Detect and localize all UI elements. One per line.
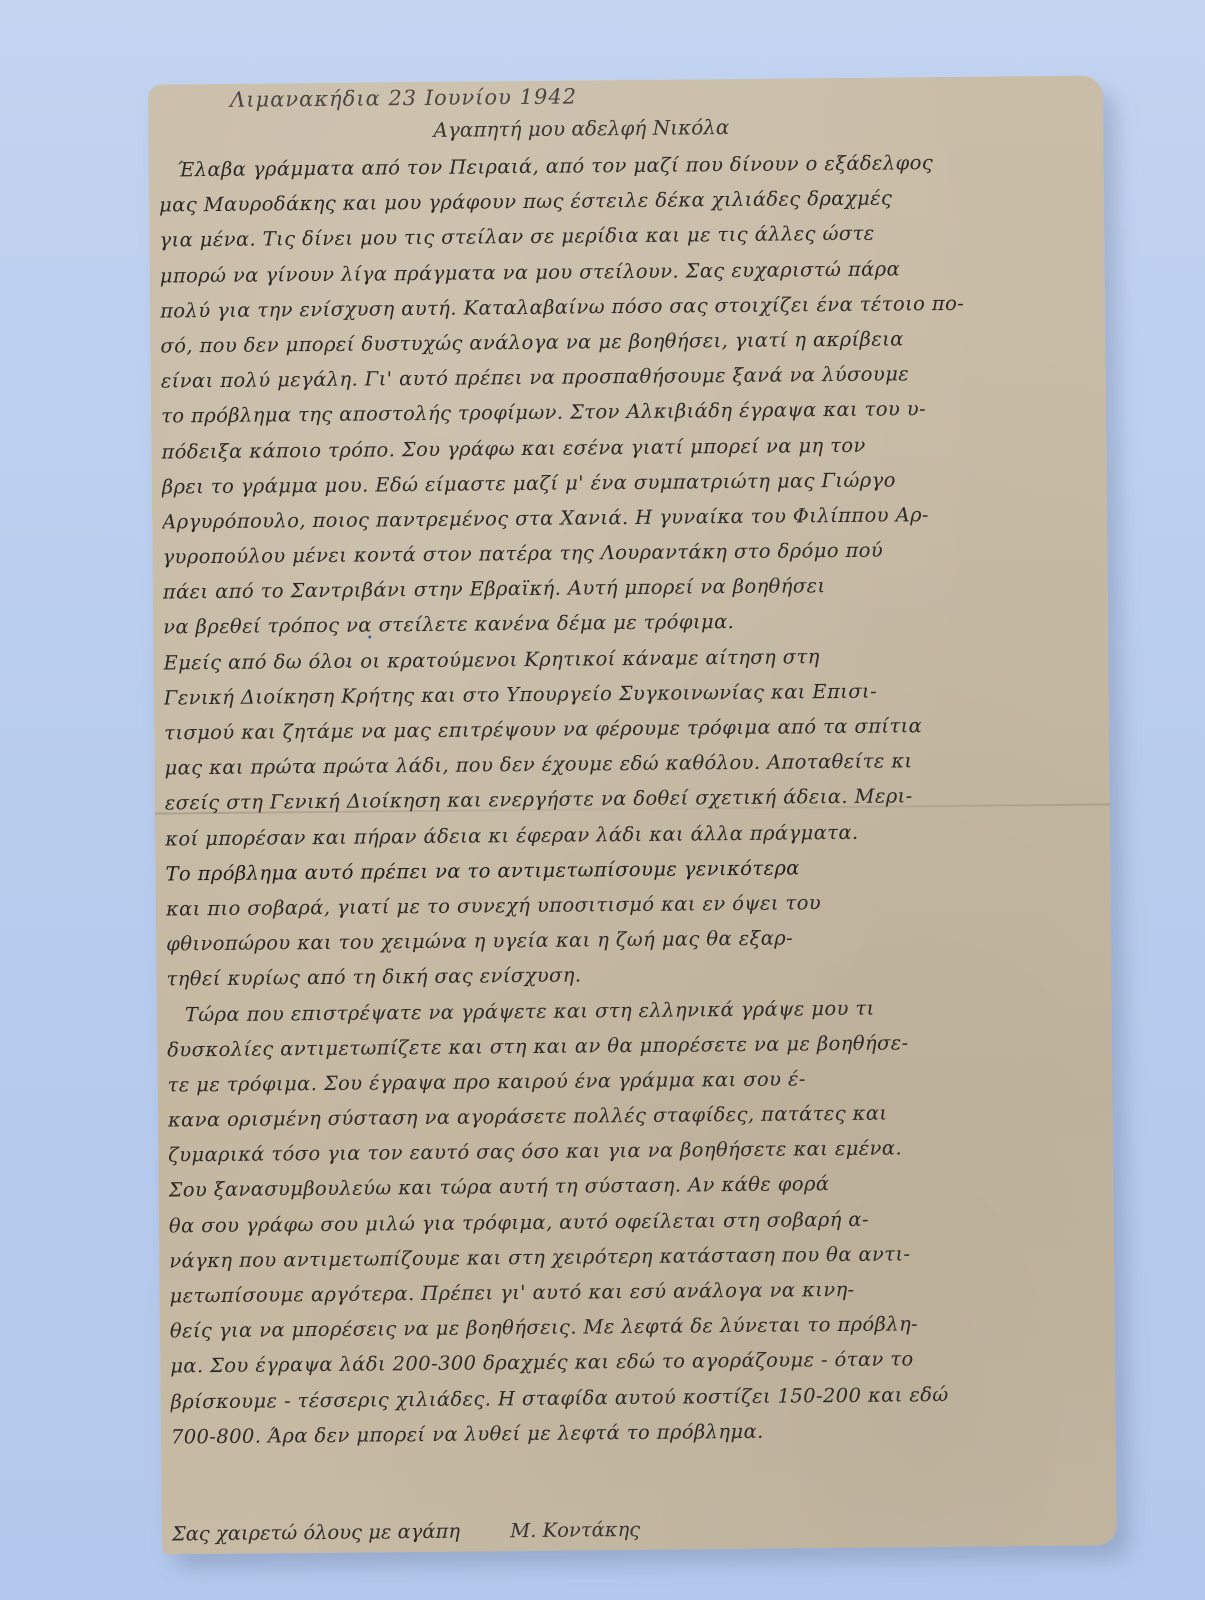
letter-salutation: Αγαπητή μου αδελφή Νικόλα [433,115,729,142]
ink-speck [368,635,371,638]
letter-dateline: Λιμανακήδια 23 Ιουνίου 1942 [230,85,577,112]
letter-body: Έλαβα γράμματα από τον Πειραιά, από τον … [159,144,1106,1455]
postcard: Λιμανακήδια 23 Ιουνίου 1942 Αγαπητή μου … [148,75,1117,1554]
letter-closing: Σας χαιρετώ όλους με αγάπη Μ. Κοντάκης [172,1518,640,1545]
ink-speck [346,665,348,667]
closing-text: Σας χαιρετώ όλους με αγάπη [172,1520,460,1546]
handwritten-letter: Λιμανακήδια 23 Ιουνίου 1942 Αγαπητή μου … [148,75,1117,1554]
signature: Μ. Κοντάκης [510,1518,640,1542]
